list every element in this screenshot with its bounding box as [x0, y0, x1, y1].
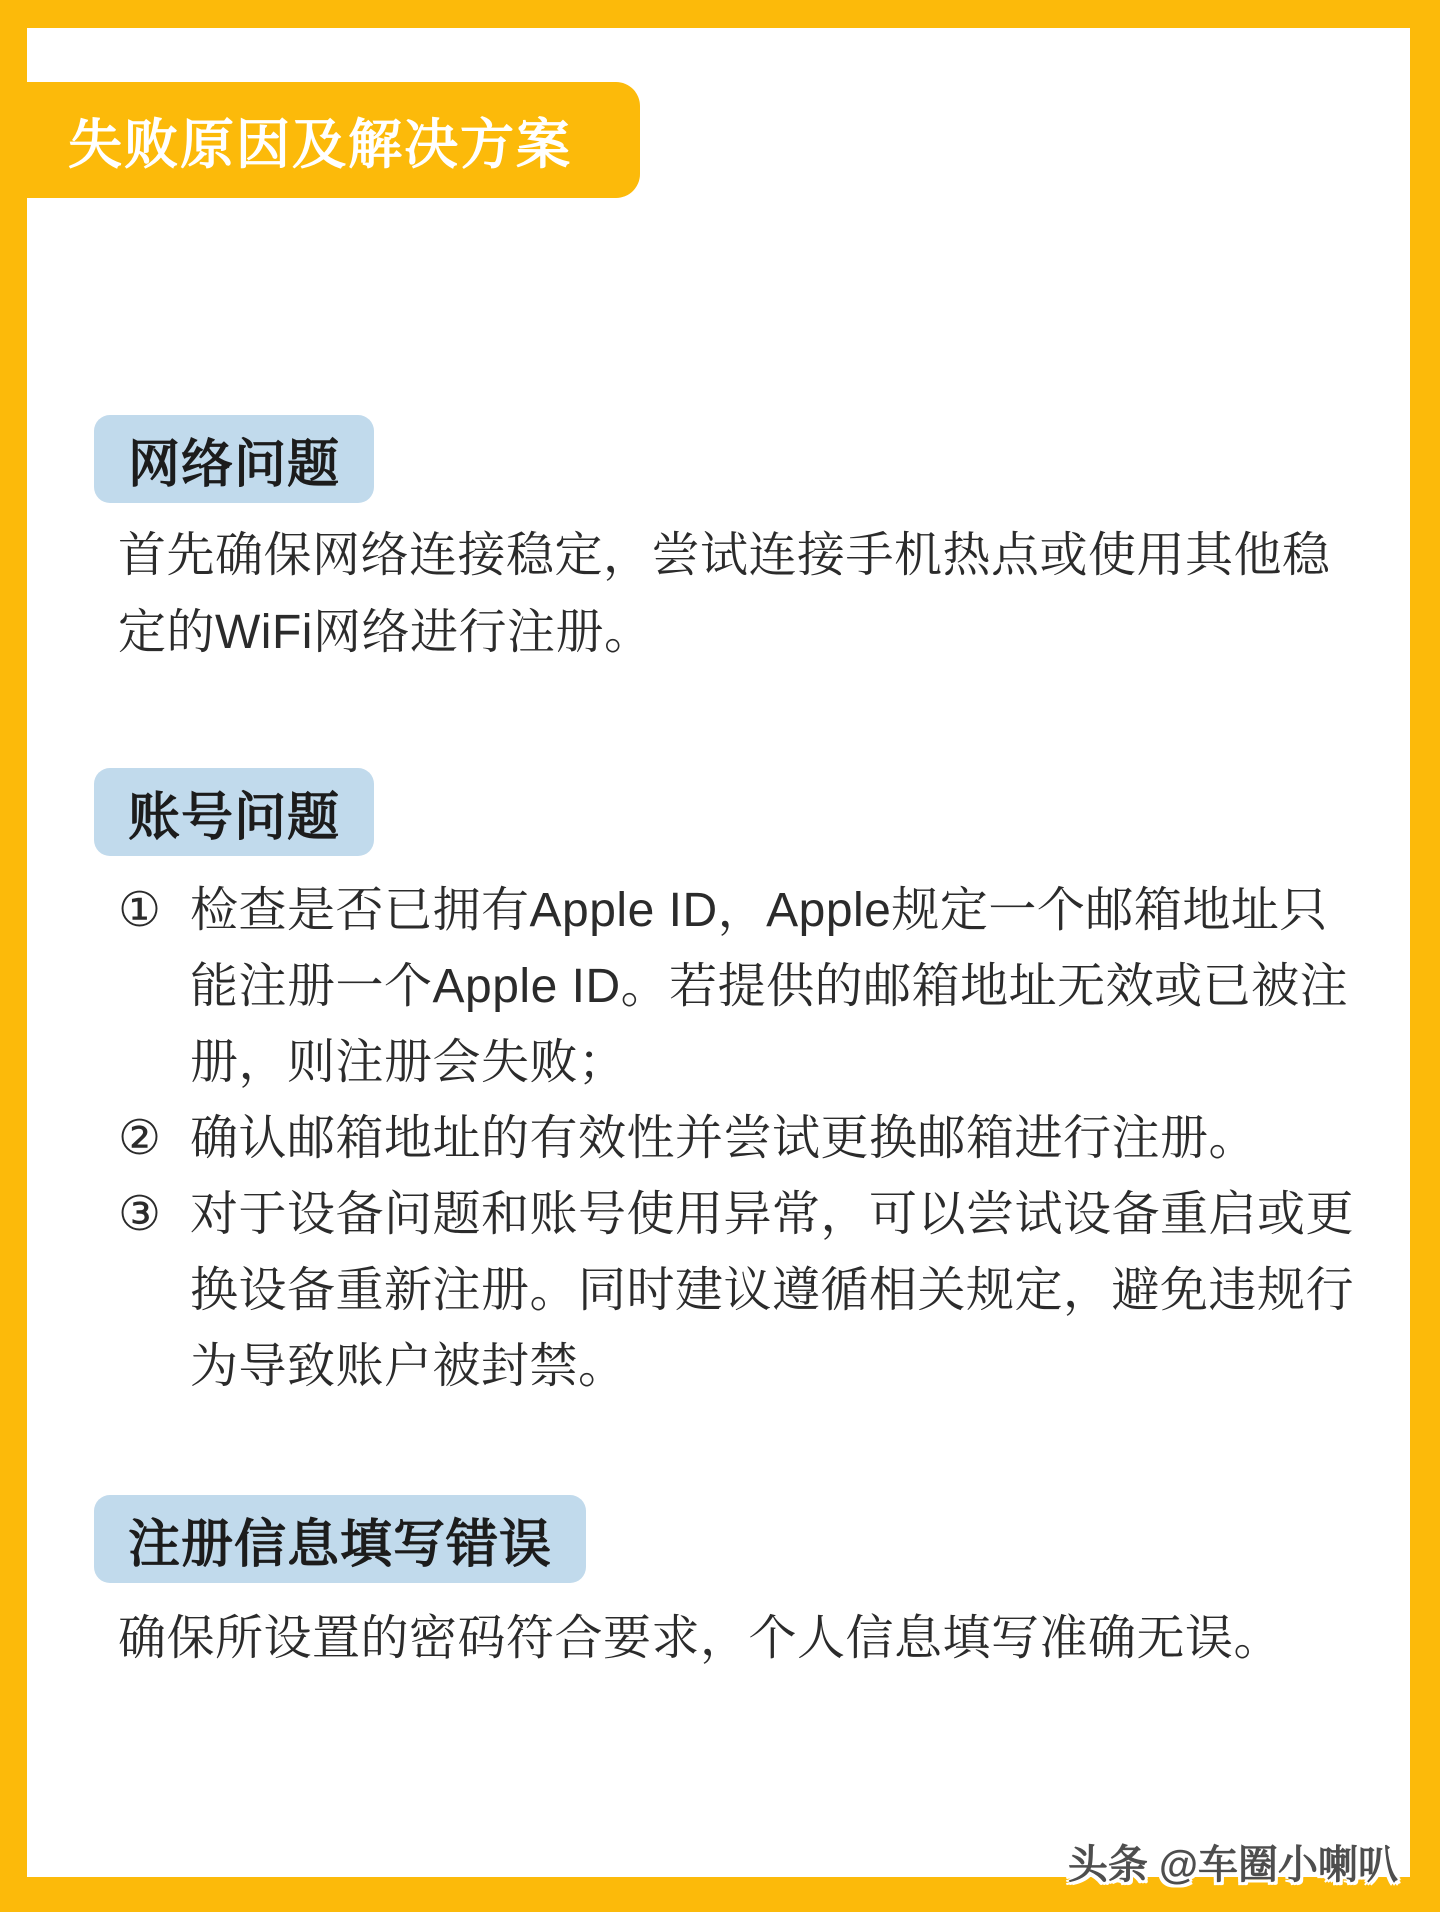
list-item-text: 检查是否已拥有Apple ID，Apple规定一个邮箱地址只 能注册一个Appl…	[190, 873, 1348, 1101]
section-heading-account: 账号问题	[94, 768, 374, 856]
section-body-reginfo: 确保所设置的密码符合要求，个人信息填写准确无误。	[118, 1600, 1282, 1677]
watermark: 头条 @车圈小喇叭	[1068, 1833, 1398, 1890]
list-item-number: ③	[118, 1177, 190, 1253]
list-item-text: 对于设备问题和账号使用异常，可以尝试设备重启或更 换设备重新注册。同时建议遵循相…	[190, 1177, 1354, 1405]
list-item-number: ②	[118, 1101, 190, 1177]
section-heading-account-label: 账号问题	[128, 775, 340, 850]
section-heading-network-label: 网络问题	[128, 422, 340, 497]
list-item: ③ 对于设备问题和账号使用异常，可以尝试设备重启或更 换设备重新注册。同时建议遵…	[118, 1177, 1354, 1405]
list-item-number: ①	[118, 873, 190, 949]
list-item-text: 确认邮箱地址的有效性并尝试更换邮箱进行注册。	[190, 1101, 1257, 1177]
frame-border-left	[0, 0, 27, 1912]
section-heading-reginfo-label: 注册信息填写错误	[128, 1502, 552, 1577]
page-title: 失败原因及解决方案	[68, 102, 572, 179]
infographic-card: 失败原因及解决方案 网络问题 首先确保网络连接稳定，尝试连接手机热点或使用其他稳…	[0, 0, 1440, 1912]
section-heading-reginfo: 注册信息填写错误	[94, 1495, 586, 1583]
list-item: ① 检查是否已拥有Apple ID，Apple规定一个邮箱地址只 能注册一个Ap…	[118, 873, 1354, 1101]
account-issues-list: ① 检查是否已拥有Apple ID，Apple规定一个邮箱地址只 能注册一个Ap…	[118, 873, 1354, 1405]
frame-border-top	[0, 0, 1440, 28]
section-heading-network: 网络问题	[94, 415, 374, 503]
page-title-ribbon: 失败原因及解决方案	[0, 82, 640, 198]
section-body-network: 首先确保网络连接稳定，尝试连接手机热点或使用其他稳 定的WiFi网络进行注册。	[118, 517, 1331, 671]
frame-border-right	[1410, 0, 1440, 1912]
list-item: ② 确认邮箱地址的有效性并尝试更换邮箱进行注册。	[118, 1101, 1354, 1177]
